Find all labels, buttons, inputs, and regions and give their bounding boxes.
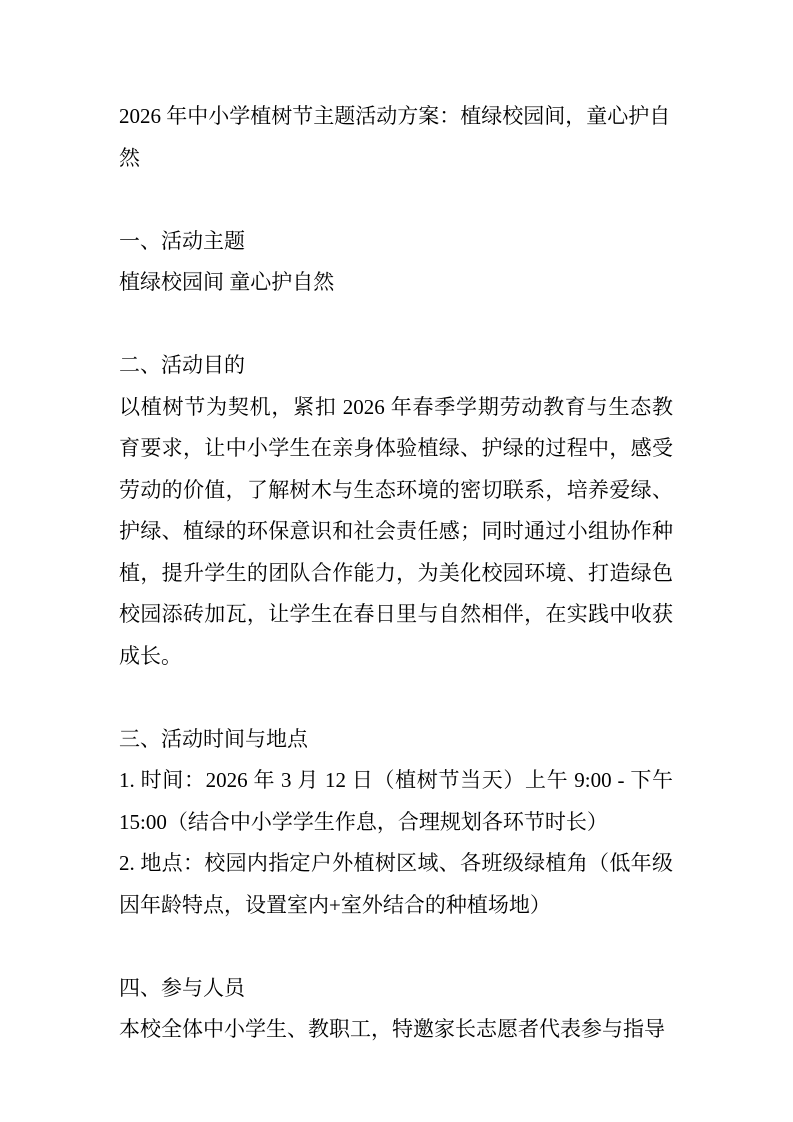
paragraph-place-item: 2. 地点：校园内指定户外植树区域、各班级绿植角（低年级因年龄特点，设置室内+室…	[119, 843, 673, 926]
blank-line	[119, 677, 673, 719]
paragraph-participants: 本校全体中小学生、教职工，特邀家长志愿者代表参与指导	[119, 1009, 673, 1051]
section-heading-activity-purpose: 二、活动目的	[119, 345, 673, 387]
document-content: 2026 年中小学植树节主题活动方案：植绿校园间，童心护自然 一、活动主题 植绿…	[119, 0, 673, 1051]
paragraph-activity-theme: 植绿校园间 童心护自然	[119, 262, 673, 304]
section-heading-time-and-place: 三、活动时间与地点	[119, 719, 673, 761]
paragraph-activity-purpose: 以植树节为契机，紧扣 2026 年春季学期劳动教育与生态教育要求，让中小学生在亲…	[119, 387, 673, 678]
section-heading-activity-theme: 一、活动主题	[119, 221, 673, 263]
paragraph-time-item: 1. 时间：2026 年 3 月 12 日（植树节当天）上午 9:00 - 下午…	[119, 760, 673, 843]
document-page: 2026 年中小学植树节主题活动方案：植绿校园间，童心护自然 一、活动主题 植绿…	[0, 0, 793, 1122]
document-title: 2026 年中小学植树节主题活动方案：植绿校园间，童心护自然	[119, 96, 673, 179]
blank-line	[119, 179, 673, 221]
blank-line	[119, 926, 673, 968]
section-heading-participants: 四、参与人员	[119, 968, 673, 1010]
blank-line	[119, 304, 673, 346]
